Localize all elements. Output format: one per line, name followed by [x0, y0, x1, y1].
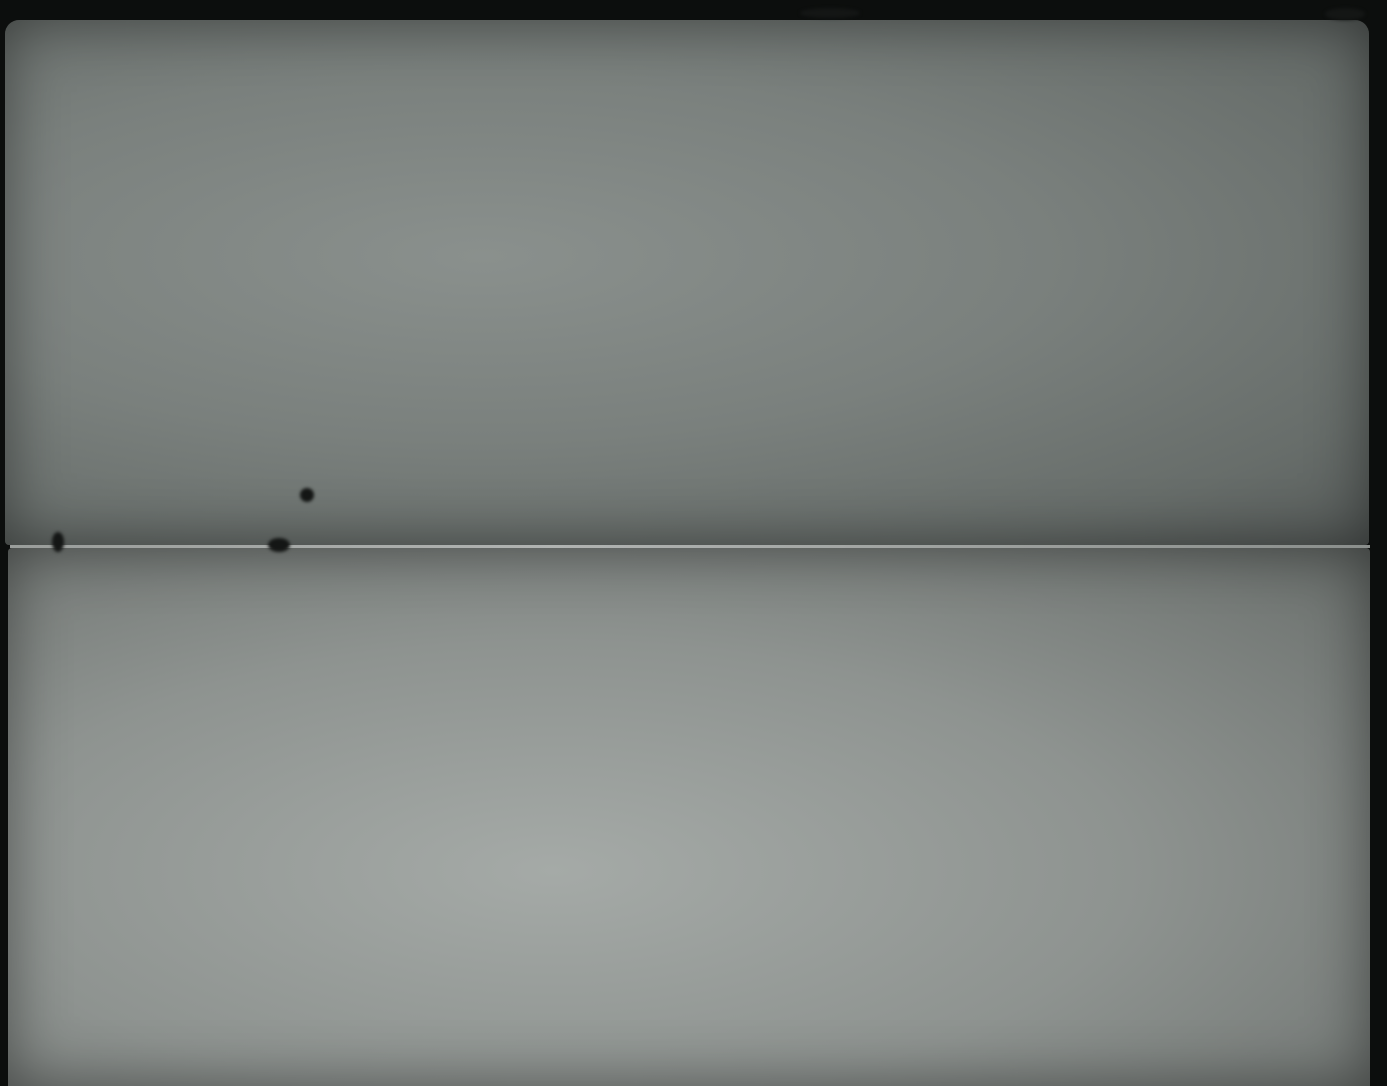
handwritten-text-lines [0, 0, 1387, 1086]
